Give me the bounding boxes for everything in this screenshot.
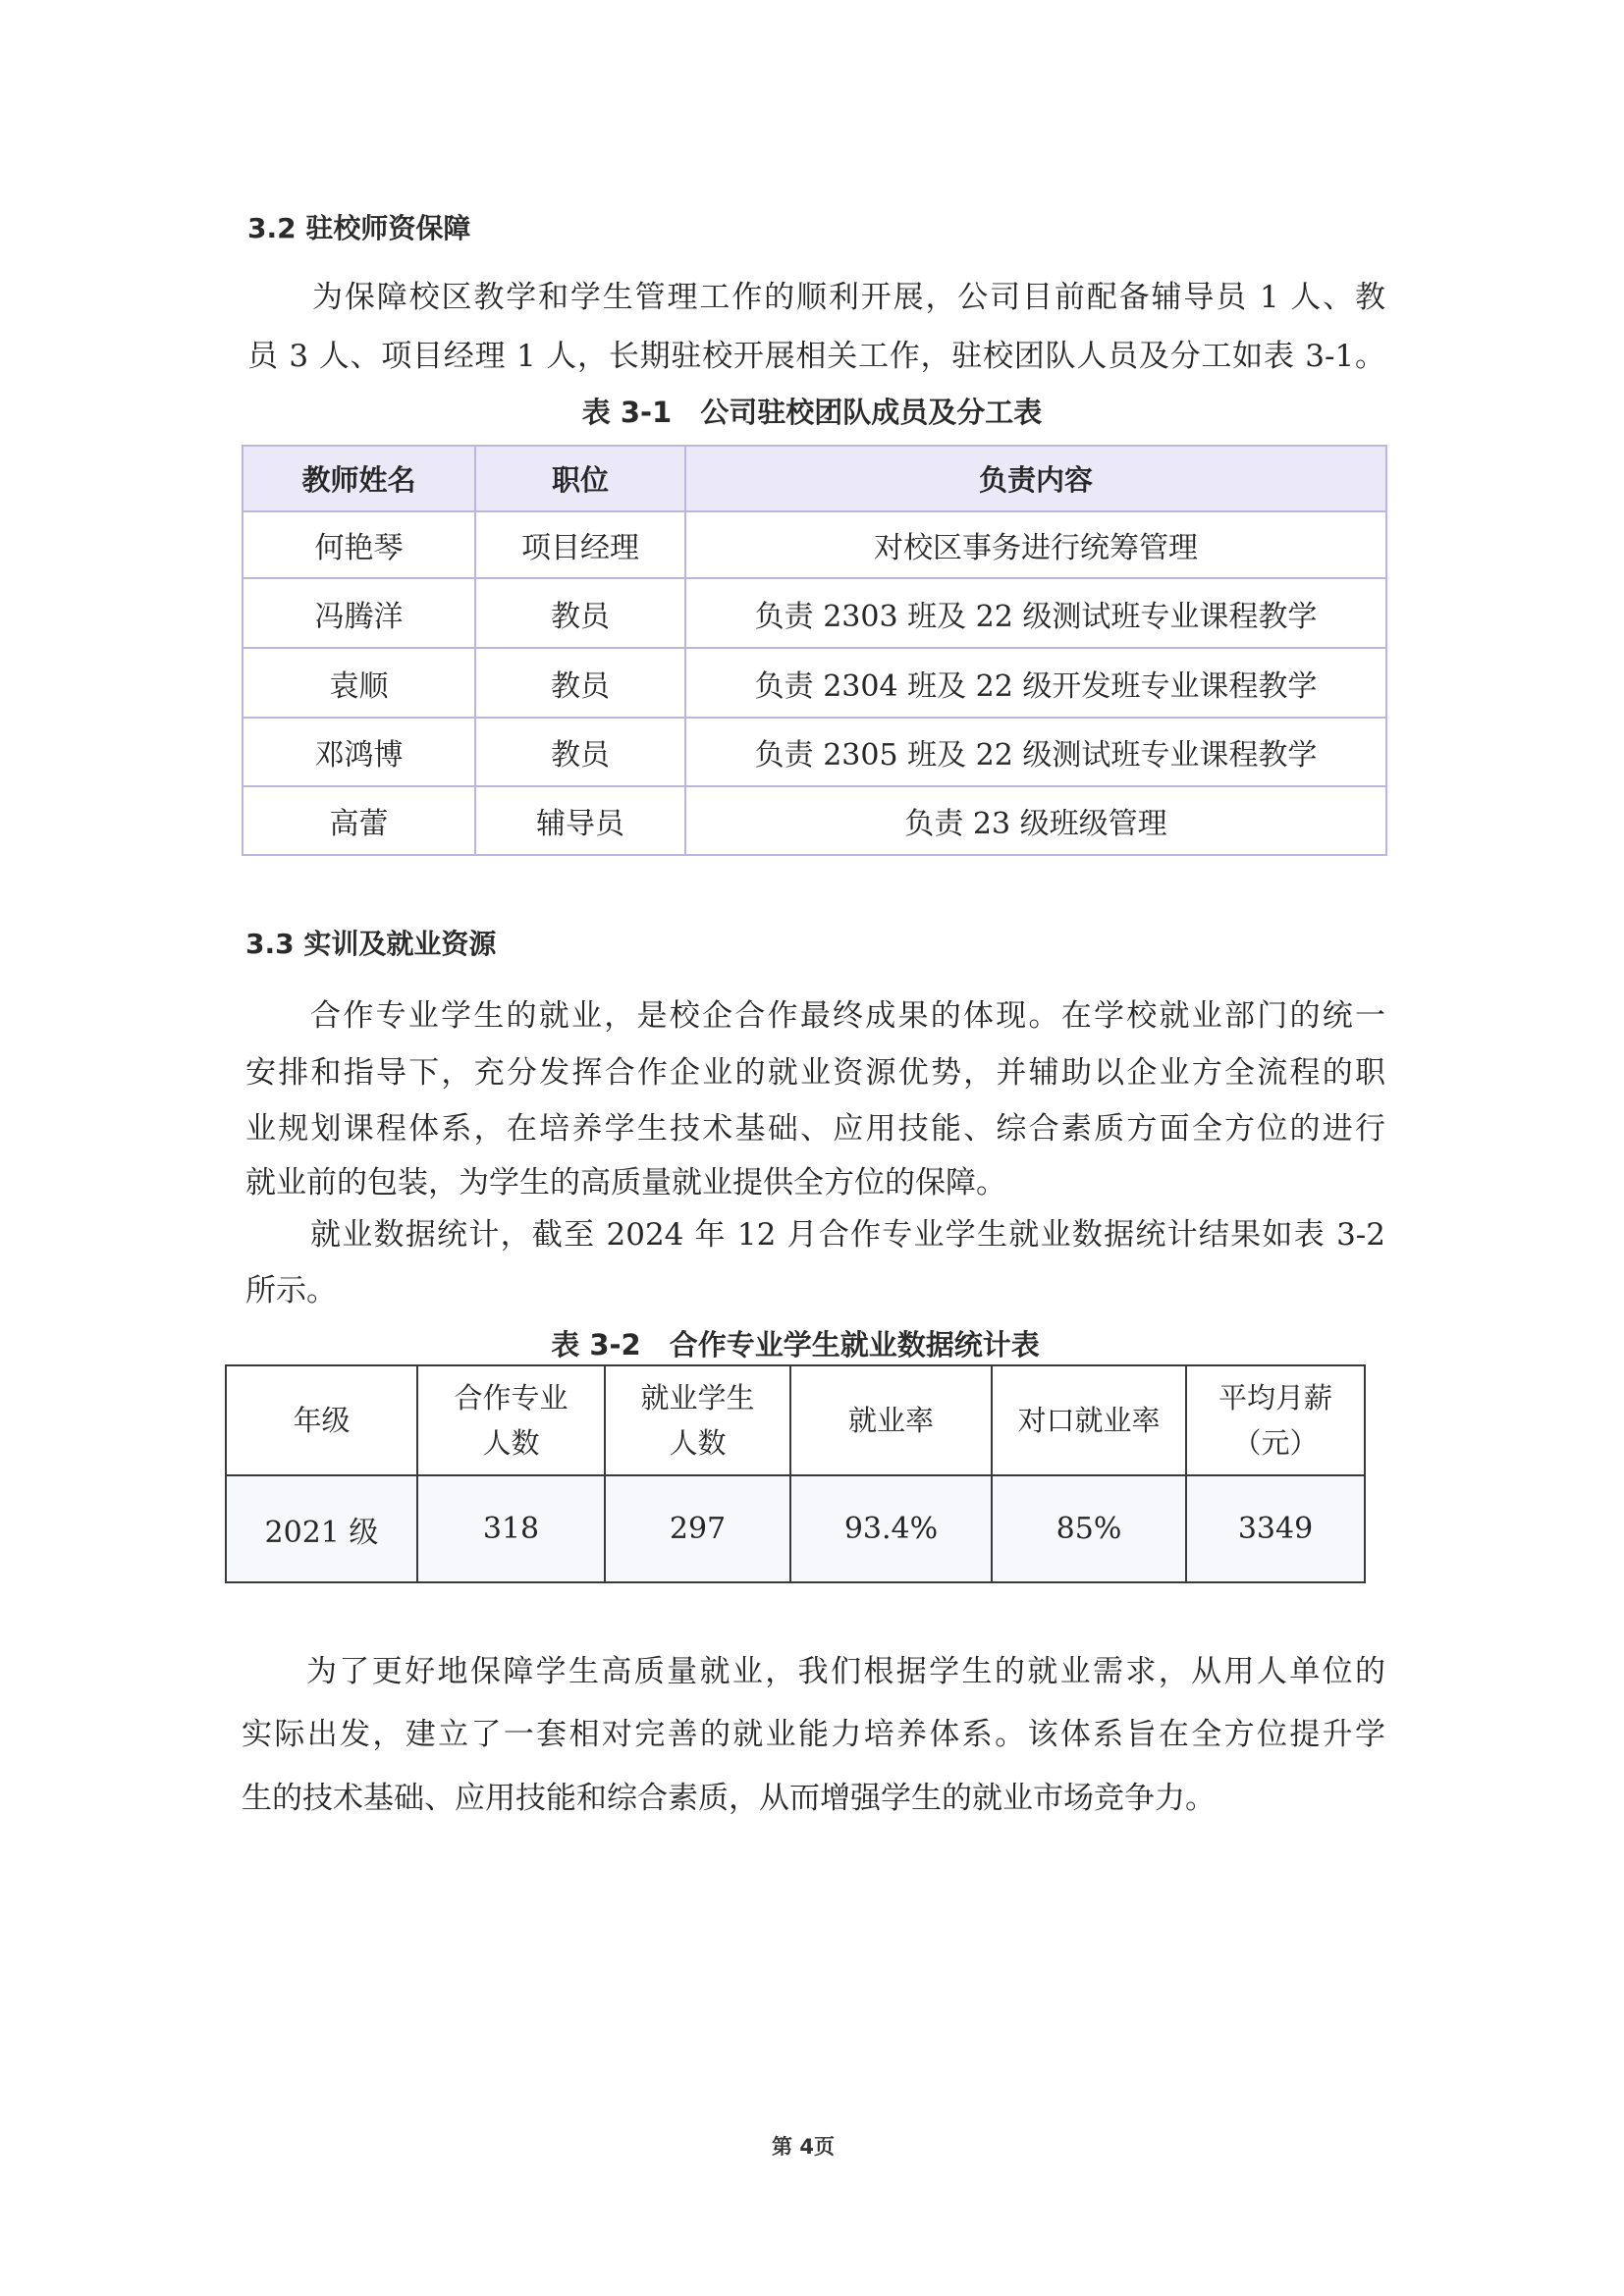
header-cell: 对口就业率 xyxy=(992,1365,1186,1475)
table-3-2-caption: 表 3-2 合作专业学生就业数据统计表 xyxy=(0,1327,1591,1362)
teacher-name: 袁顺 xyxy=(243,648,475,718)
position: 教员 xyxy=(475,578,685,648)
table-header-row: 教师姓名 职位 负责内容 xyxy=(243,446,1386,511)
position: 教员 xyxy=(475,648,685,718)
header-cell: 职位 xyxy=(475,446,685,511)
header-cell: 教师姓名 xyxy=(243,446,475,511)
paragraph-line: 员 3 人、项目经理 1 人，长期驻校开展相关工作，驻校团队人员及分工如表 3-… xyxy=(247,337,1385,376)
paragraph-line: 就业前的包装，为学生的高质量就业提供全方位的保障。 xyxy=(245,1163,1385,1202)
paragraph-line: 安排和指导下，充分发挥合作企业的就业资源优势，并辅助以企业方全流程的职 xyxy=(245,1053,1385,1093)
teacher-name: 冯腾洋 xyxy=(243,578,475,648)
paragraph-line: 为了更好地保障学生高质量就业，我们根据学生的就业需求，从用人单位的 xyxy=(306,1652,1385,1691)
table-row: 冯腾洋 教员 负责 2303 班及 22 级测试班专业课程教学 xyxy=(243,578,1386,648)
table-row: 邓鸿博 教员 负责 2305 班及 22 级测试班专业课程教学 xyxy=(243,718,1386,786)
paragraph-line: 实际出发，建立了一套相对完善的就业能力培养体系。该体系旨在全方位提升学 xyxy=(242,1715,1385,1754)
header-cell: 合作专业人数 xyxy=(417,1365,605,1475)
table-header-row: 年级 合作专业人数 就业学生人数 就业率 对口就业率 平均月薪（元） xyxy=(226,1365,1365,1475)
section-3-3-heading: 3.3 实训及就业资源 xyxy=(245,928,496,961)
position: 项目经理 xyxy=(475,511,685,578)
position: 教员 xyxy=(475,718,685,786)
position: 辅导员 xyxy=(475,786,685,855)
page-number: 第 4页 xyxy=(0,2134,1606,2160)
paragraph-line: 为保障校区教学和学生管理工作的顺利开展，公司目前配备辅导员 1 人、教 xyxy=(312,278,1385,317)
responsibility: 负责 2305 班及 22 级测试班专业课程教学 xyxy=(685,718,1386,786)
team-table: 教师姓名 职位 负责内容 何艳琴 项目经理 对校区事务进行统筹管理 冯腾洋 教员… xyxy=(242,445,1387,856)
cooperative-students-cell: 318 xyxy=(417,1475,605,1582)
employment-rate-cell: 93.4% xyxy=(790,1475,992,1582)
grade-cell: 2021 级 xyxy=(226,1475,417,1582)
responsibility: 负责 23 级班级管理 xyxy=(685,786,1386,855)
header-cell: 平均月薪（元） xyxy=(1186,1365,1365,1475)
teacher-name: 高蕾 xyxy=(243,786,475,855)
paragraph-line: 业规划课程体系，在培养学生技术基础、应用技能、综合素质方面全方位的进行 xyxy=(245,1109,1385,1148)
employed-students-cell: 297 xyxy=(605,1475,790,1582)
teacher-name: 邓鸿博 xyxy=(243,718,475,786)
responsibility: 负责 2303 班及 22 级测试班专业课程教学 xyxy=(685,578,1386,648)
table-row: 高蕾 辅导员 负责 23 级班级管理 xyxy=(243,786,1386,855)
table-row: 何艳琴 项目经理 对校区事务进行统筹管理 xyxy=(243,511,1386,578)
responsibility: 负责 2304 班及 22 级开发班专业课程教学 xyxy=(685,648,1386,718)
table-row: 2021 级 318 297 93.4% 85% 3349 xyxy=(226,1475,1365,1582)
teacher-name: 何艳琴 xyxy=(243,511,475,578)
table-3-1-caption: 表 3-1 公司驻校团队成员及分工表 xyxy=(0,395,1624,430)
header-cell: 年级 xyxy=(226,1365,417,1475)
header-cell: 负责内容 xyxy=(685,446,1386,511)
paragraph-line: 合作专业学生的就业，是校企合作最终成果的体现。在学校就业部门的统一 xyxy=(310,996,1385,1036)
paragraph-line: 生的技术基础、应用技能和综合素质，从而增强学生的就业市场竞争力。 xyxy=(242,1779,1385,1818)
paragraph-line: 所示。 xyxy=(245,1271,1385,1310)
average-salary-cell: 3349 xyxy=(1186,1475,1365,1582)
header-cell: 就业学生人数 xyxy=(605,1365,790,1475)
employment-stats-table: 年级 合作专业人数 就业学生人数 就业率 对口就业率 平均月薪（元） 2021 … xyxy=(225,1364,1366,1583)
section-3-2-heading: 3.2 驻校师资保障 xyxy=(247,212,470,245)
header-cell: 就业率 xyxy=(790,1365,992,1475)
paragraph-line: 就业数据统计，截至 2024 年 12 月合作专业学生就业数据统计结果如表 3-… xyxy=(310,1215,1385,1255)
responsibility: 对校区事务进行统筹管理 xyxy=(685,511,1386,578)
table-row: 袁顺 教员 负责 2304 班及 22 级开发班专业课程教学 xyxy=(243,648,1386,718)
relevant-employment-rate-cell: 85% xyxy=(992,1475,1186,1582)
